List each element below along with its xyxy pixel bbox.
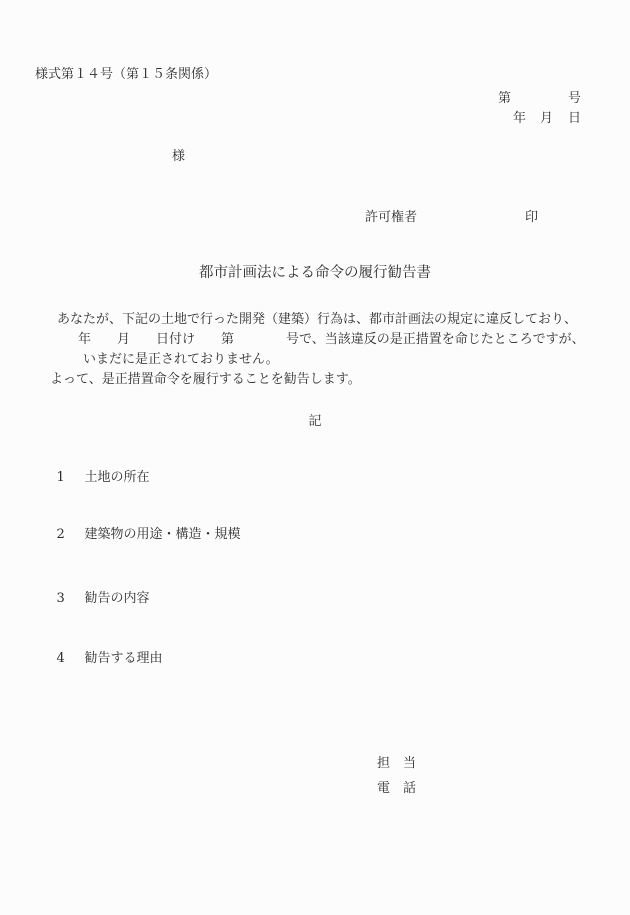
item-number: 3 [57,591,85,606]
list-item-recommendation-content: 3勧告の内容 [40,576,150,621]
issuer-label: 許可権者 [365,210,417,225]
list-item-land-location: 1土地の所在 [40,455,150,500]
body-line-2: 年 月 日付け 第 号で、当該違反の是正措置を命じたところですが、 [78,332,585,347]
document-page: 様式第１４号（第１５条関係） 第 号 年 月 日 様 許可権者 印 都市計画法に… [0,0,630,915]
list-item-recommendation-reason: 4勧告する理由 [40,636,163,681]
list-item-building-use: 2建築物の用途・構造・規模 [40,512,241,557]
contact-person-label: 担 当 [377,756,416,771]
item-label: 土地の所在 [85,470,150,485]
item-label: 勧告する理由 [85,651,163,666]
document-title: 都市計画法による命令の履行勧告書 [0,266,630,281]
date-day-label: 日 [568,111,581,126]
doc-number-prefix: 第 [498,91,511,106]
item-number: 2 [57,527,85,542]
body-line-4: よって、是正措置命令を履行することを勧告します。 [50,372,361,387]
date-month-label: 月 [540,111,553,126]
date-year-label: 年 [513,111,526,126]
item-label: 勧告の内容 [85,591,150,606]
record-heading: 記 [0,414,630,429]
form-number: 様式第１４号（第１５条関係） [35,67,217,82]
item-number: 4 [57,651,85,666]
body-line-1: あなたが、下記の土地で行った開発（建築）行為は、都市計画法の規定に違反しており、 [57,312,577,327]
item-label: 建築物の用途・構造・規模 [85,527,241,542]
addressee-honorific: 様 [172,149,185,164]
body-line-3: いまだに是正されておりません。 [83,352,279,367]
seal-mark: 印 [525,210,538,225]
item-number: 1 [57,470,85,485]
phone-label: 電 話 [377,781,416,796]
doc-number-suffix: 号 [568,91,581,106]
